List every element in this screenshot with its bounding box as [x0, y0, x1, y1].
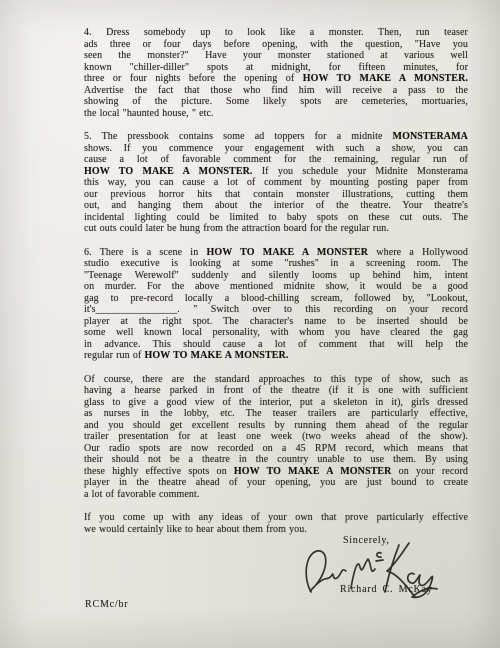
letter-page: 4. Dress somebody up to look like a mons…: [0, 0, 500, 648]
letter-body: 4. Dress somebody up to look like a mons…: [84, 27, 468, 547]
text-line: out, and hanging them about the interior…: [84, 200, 468, 212]
text-line: their should not be a theatre in the cou…: [84, 454, 468, 466]
text-line: three or four nights before the opening …: [84, 73, 468, 85]
text-line: 4. Dress somebody up to look like a mons…: [84, 27, 468, 39]
text-line: gag to pre-record locally a blood-chilli…: [84, 293, 468, 305]
text-line: cause a lot of favorable comment for the…: [84, 154, 468, 166]
text-line: this way, you can cause a lot of comment…: [84, 177, 468, 189]
text-line: shows. If you commence your engagement w…: [84, 143, 468, 155]
text-line: it's________________. " Switch over to t…: [84, 304, 468, 316]
text-line: 6. There is a scene in HOW TO MAKE A MON…: [84, 247, 468, 259]
text-line: cut outs could later be hung from the at…: [84, 223, 468, 235]
text-line: known "chiller-diller" spots at midnight…: [84, 62, 468, 74]
text-line: ads three or four days before opening, w…: [84, 39, 468, 51]
text-line: Of course, there are the standard approa…: [84, 374, 468, 386]
reference-initials: RCMc/br: [85, 599, 128, 610]
text-line: studio executive is looking at some "rus…: [84, 258, 468, 270]
text-line: incidental lighting could be limited to …: [84, 212, 468, 224]
text-line: having a hearse parked in front of the t…: [84, 385, 468, 397]
paragraph: If you come up with any ideas of your ow…: [84, 512, 468, 535]
text-line: player in the theatre ahead of your open…: [84, 477, 468, 489]
text-line: HOW TO MAKE A MONSTER. If you schedule y…: [84, 166, 468, 178]
text-line: "Teenage Werewolf" suddenly and silently…: [84, 270, 468, 282]
text-line: 5. The pressbook contains some ad topper…: [84, 131, 468, 143]
text-line: as nurses in the lobby, etc. The teaser …: [84, 408, 468, 420]
text-line: in advance. This should cause a lot of c…: [84, 339, 468, 351]
paragraph: 4. Dress somebody up to look like a mons…: [84, 27, 468, 119]
text-line: Our radio spots are now recorded on a 45…: [84, 443, 468, 455]
text-line: glass to give a good view of the interio…: [84, 397, 468, 409]
text-line: the local "haunted house, " etc.: [84, 108, 468, 120]
text-line: regular run of HOW TO MAKE A MONSTER.: [84, 350, 468, 362]
text-line: trailer presentation for at least one we…: [84, 431, 468, 443]
paragraph: 5. The pressbook contains some ad topper…: [84, 131, 468, 235]
text-line: If you come up with any ideas of your ow…: [84, 512, 468, 524]
text-line: showing of the picture. Some likely spot…: [84, 96, 468, 108]
text-line: player at the right spot. The character'…: [84, 316, 468, 328]
text-line: a lot of favorable comment.: [84, 489, 468, 501]
paragraph: 6. There is a scene in HOW TO MAKE A MON…: [84, 247, 468, 362]
text-line: these highly effective spots on HOW TO M…: [84, 466, 468, 478]
text-line: seen the monster?" Have your monster sta…: [84, 50, 468, 62]
text-line: some well known local personality, with …: [84, 327, 468, 339]
text-line: and you should get excellent results by …: [84, 420, 468, 432]
text-line: Advertise the fact that those who find h…: [84, 85, 468, 97]
paragraph: Of course, there are the standard approa…: [84, 374, 468, 501]
text-line: on murder. For the above mentioned midni…: [84, 281, 468, 293]
text-line: our previous horror hits that contain mo…: [84, 189, 468, 201]
handwritten-signature-icon: [301, 540, 453, 600]
text-line: we would certainly like to hear about th…: [84, 524, 468, 536]
